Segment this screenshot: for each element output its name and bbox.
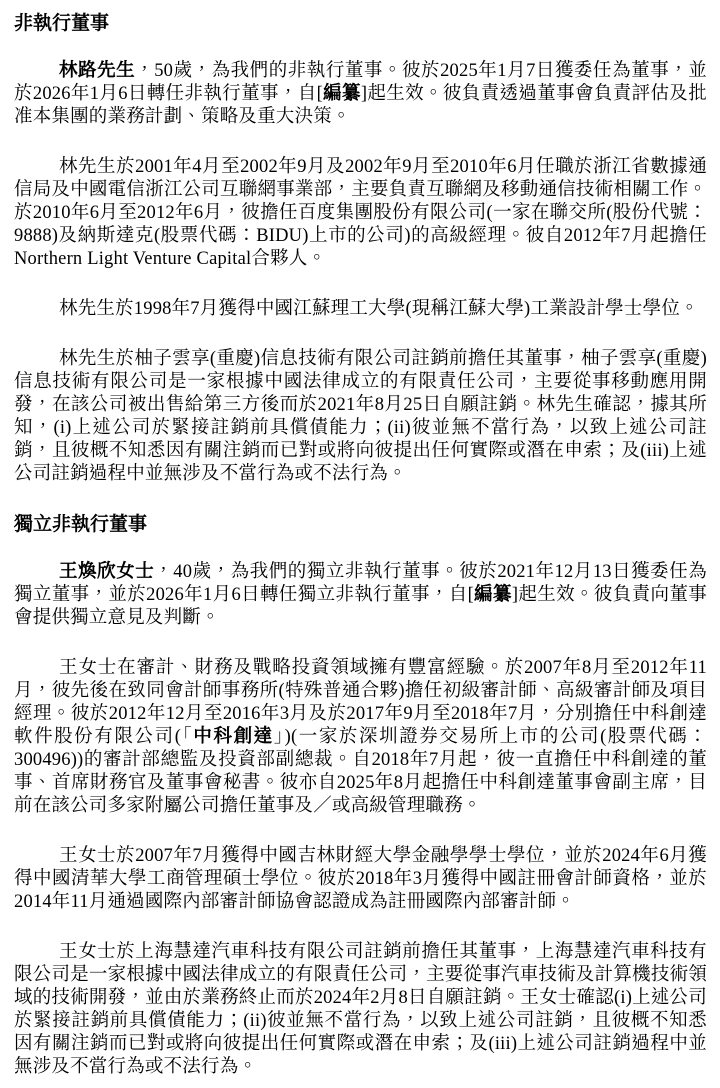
- document-page: 非執行董事 林路先生，50歲，為我們的非執行董事。彼於2025年1月7日獲委任為…: [0, 0, 720, 1088]
- bold-text-run: 林路先生: [59, 61, 135, 81]
- text-run: 王女士於上海慧達汽車科技有限公司註銷前擔任其董事，上海慧達汽車科技有限公司是一家…: [14, 942, 707, 1077]
- bold-text-run: 編纂: [323, 84, 361, 104]
- paragraph-lin-lu-deregistration: 林先生於柚子雲享(重慶)信息技術有限公司註銷前擔任其董事，柚子雲享(重慶)信息技…: [14, 348, 707, 486]
- section-heading-independent-non-executive-directors: 獨立非執行董事: [14, 513, 707, 536]
- text-run: 林先生於2001年4月至2002年9月及2002年9月至2010年6月任職於浙江…: [14, 157, 707, 269]
- bold-text-run: 中科創達: [193, 727, 273, 747]
- bold-text-run: 非執行董事: [14, 13, 109, 34]
- document-body: 非執行董事 林路先生，50歲，為我們的非執行董事。彼於2025年1月7日獲委任為…: [14, 12, 707, 1079]
- paragraph-lin-lu-intro: 林路先生，50歲，為我們的非執行董事。彼於2025年1月7日獲委任為董事，並於2…: [14, 60, 707, 129]
- paragraph-wang-huanxin-education: 王女士於2007年7月獲得中國吉林財經大學金融學學士學位，並於2024年6月獲得…: [14, 845, 707, 914]
- paragraph-lin-lu-experience: 林先生於2001年4月至2002年9月及2002年9月至2010年6月任職於浙江…: [14, 156, 707, 271]
- paragraph-wang-huanxin-deregistration: 王女士於上海慧達汽車科技有限公司註銷前擔任其董事，上海慧達汽車科技有限公司是一家…: [14, 941, 707, 1079]
- bold-text-run: 編纂: [474, 585, 512, 605]
- text-run: 林先生於1998年7月獲得中國江蘇理工大學(現稱江蘇大學)工業設計學士學位。: [59, 299, 699, 319]
- paragraph-lin-lu-education: 林先生於1998年7月獲得中國江蘇理工大學(現稱江蘇大學)工業設計學士學位。: [14, 298, 707, 321]
- text-run: 王女士於2007年7月獲得中國吉林財經大學金融學學士學位，並於2024年6月獲得…: [14, 846, 707, 912]
- bold-text-run: 獨立非執行董事: [14, 514, 147, 535]
- paragraph-wang-huanxin-experience: 王女士在審計、財務及戰略投資領域擁有豐富經驗。於2007年8月至2012年11月…: [14, 657, 707, 818]
- bold-text-run: 王煥欣女士: [59, 562, 154, 582]
- text-run: 林先生於柚子雲享(重慶)信息技術有限公司註銷前擔任其董事，柚子雲享(重慶)信息技…: [14, 349, 707, 484]
- section-heading-non-executive-directors: 非執行董事: [14, 12, 707, 35]
- paragraph-wang-huanxin-intro: 王煥欣女士，40歲，為我們的獨立非執行董事。彼於2021年12月13日獲委任為獨…: [14, 561, 707, 630]
